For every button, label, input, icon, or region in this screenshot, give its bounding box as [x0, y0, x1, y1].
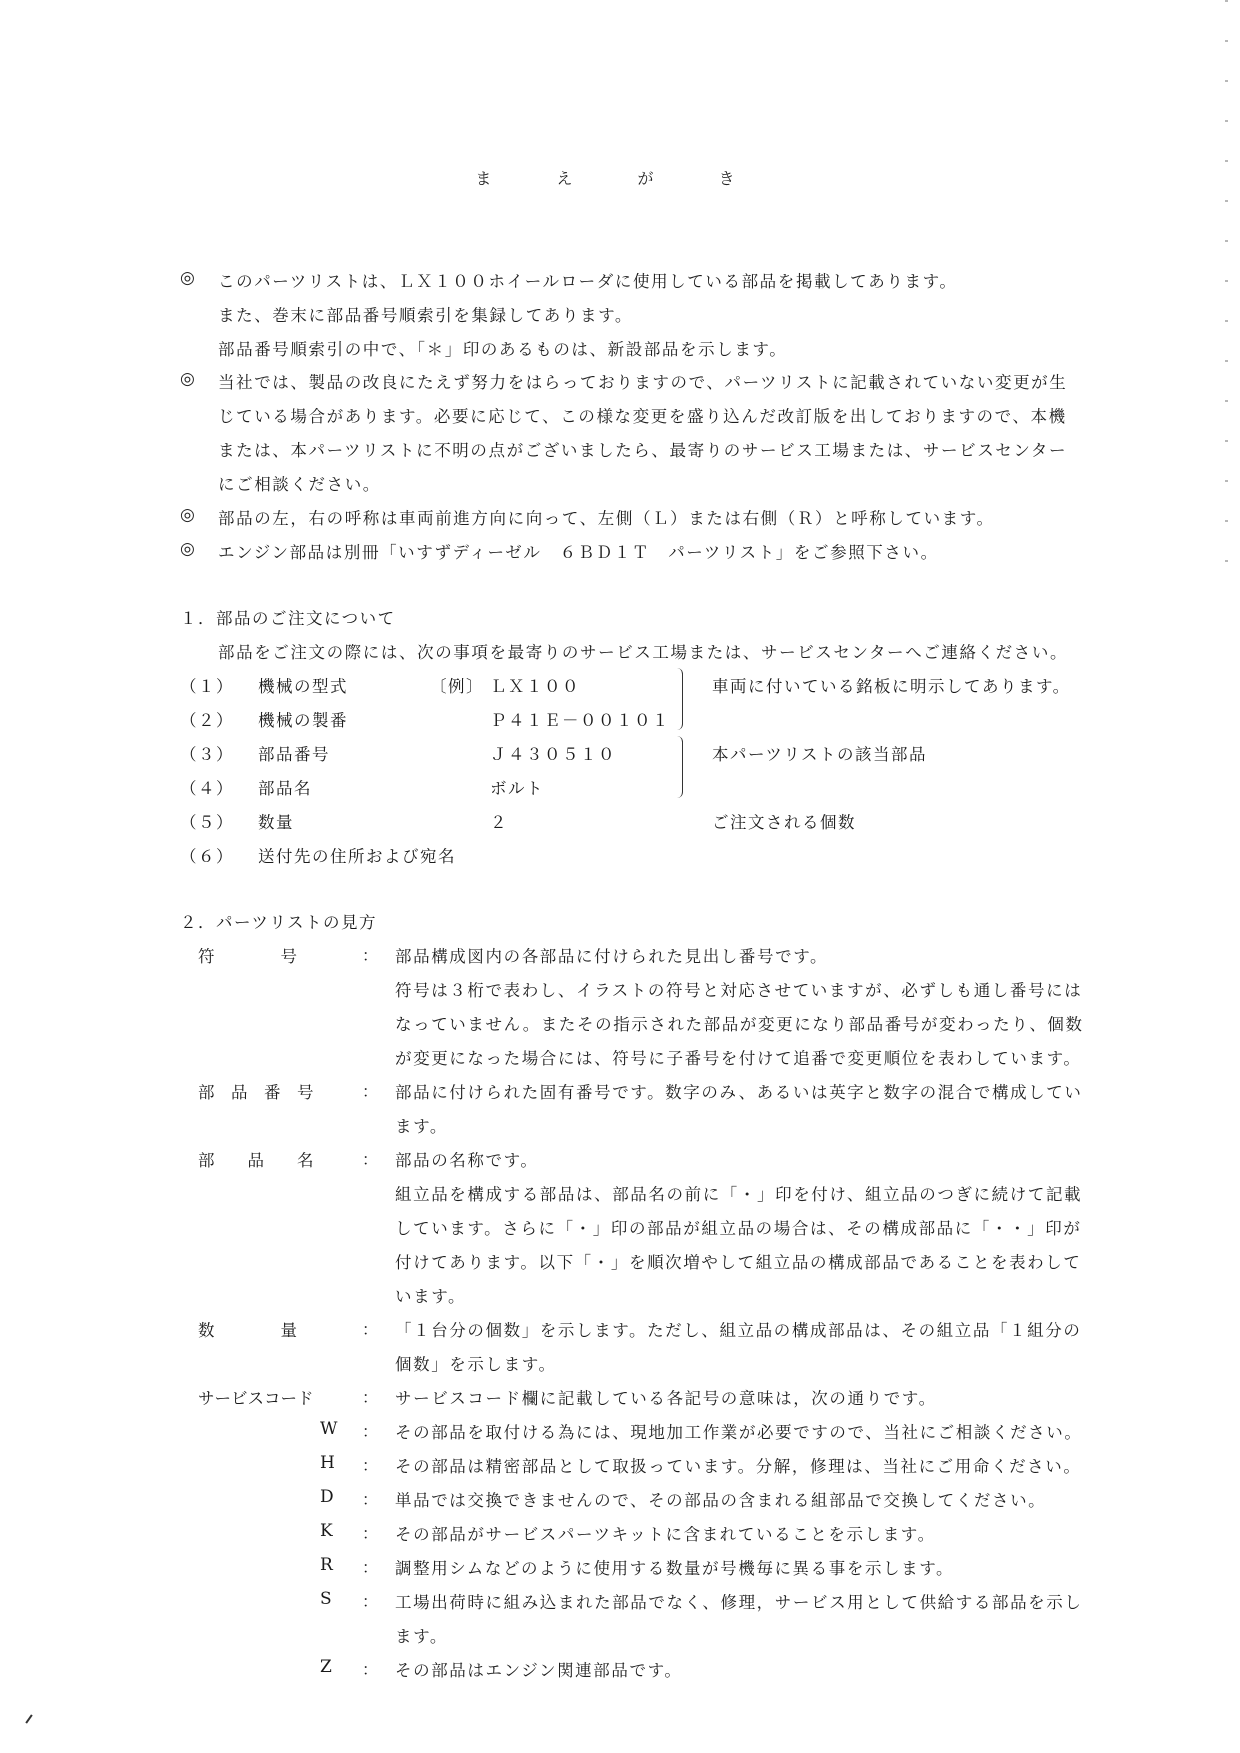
order-row-note: 車両に付いている銘板に明示してあります。 [712, 673, 1071, 697]
term-description: 付けてあります。以下「・」を順次増やして組立品の構成部品であることを表わして [395, 1249, 1081, 1273]
term-separator: ： [362, 1657, 378, 1680]
service-code: H [320, 1453, 335, 1473]
intro-text: 部品の左，右の呼称は車両前進方向に向って、左側（Ｌ）または右側（Ｒ）と呼称してい… [218, 505, 995, 529]
term-description: 組立品を構成する部品は、部品名の前に「・」印を付け、組立品のつぎに続けて記載 [395, 1181, 1082, 1205]
order-row-label: 部品番号 [258, 741, 330, 765]
order-row-label: 部品名 [258, 775, 312, 799]
order-row-num: （６） [180, 843, 234, 867]
service-code-description: その部品がサービスパーツキットに含まれていることを示します。 [395, 1521, 936, 1545]
double-circle-bullet-icon: ◎ [180, 505, 195, 525]
order-row-label: 数量 [258, 809, 294, 833]
scan-mark-artifact [25, 1714, 32, 1723]
term-separator: ： [362, 1079, 378, 1102]
term-description: ます。 [395, 1113, 448, 1137]
section-1-heading: １．部品のご注文について [180, 605, 396, 629]
section-1-lead: 部品をご注文の際には、次の事項を最寄りのサービス工場または、サービスセンターへご… [218, 639, 1068, 663]
intro-text: 部品番号順索引の中で、「＊」印のあるものは、新設部品を示します。 [218, 336, 787, 360]
order-row-note: ご注文される個数 [712, 809, 856, 833]
intro-text: または、本パーツリストに不明の点がございましたら、最寄りのサービス工場または、サ… [218, 437, 1067, 461]
order-row-value: Ｊ４３０５１０ [490, 741, 616, 765]
order-row-num: （５） [180, 809, 234, 833]
page-title: ま え が き [0, 166, 1240, 189]
service-code-description: その部品を取付ける為には、現地加工作業が必要ですので、当社にご相談ください。 [395, 1419, 1082, 1443]
term-label: 部 品 番 号 [198, 1079, 314, 1103]
term-separator: ： [362, 1589, 378, 1612]
service-code: R [320, 1555, 333, 1575]
term-description: 符号は３桁で表わし、イラストの符号と対応させていますが、必ずしも通し番号には [395, 977, 1082, 1001]
order-row-label: 機械の型式 [258, 673, 348, 697]
order-row-value: ２ [490, 809, 508, 833]
service-code: S [320, 1589, 332, 1609]
term-separator: ： [362, 1487, 378, 1510]
term-description: 部品構成図内の各部品に付けられた見出し番号です。 [395, 943, 828, 967]
service-code: Z [320, 1657, 332, 1677]
term-separator: ： [362, 1147, 378, 1170]
order-row-num: （４） [180, 775, 234, 799]
double-circle-bullet-icon: ◎ [180, 539, 195, 559]
term-separator: ： [362, 1521, 378, 1544]
term-separator: ： [362, 1555, 378, 1578]
service-code-description: 調整用シムなどのように使用する数量が号機毎に異る事を示します。 [395, 1555, 954, 1579]
order-row-num: （２） [180, 707, 234, 731]
term-description: 部品の名称です。 [395, 1147, 538, 1171]
intro-text: 当社では、製品の改良にたえず努力をはらっておりますので、パーツリストに記載されて… [218, 369, 1067, 393]
term-separator: ： [362, 1317, 378, 1340]
term-description: 個数」を示します。 [395, 1351, 557, 1375]
term-separator: ： [362, 1419, 378, 1442]
service-code-description: ます。 [395, 1623, 448, 1647]
service-code: W [320, 1419, 337, 1439]
term-label: 数 量 [198, 1317, 297, 1341]
service-code-description: その部品は精密部品として取扱っています。分解，修理は、当社にご用命ください。 [395, 1453, 1081, 1477]
term-description: サービスコード欄に記載している各記号の意味は，次の通りです。 [395, 1385, 937, 1409]
service-code-description: 工場出荷時に組み込まれた部品でなく、修理，サービス用として供給する部品を示し [395, 1589, 1082, 1613]
service-code-description: その部品はエンジン関連部品です。 [395, 1657, 682, 1681]
term-description: 部品に付けられた固有番号です。数字のみ、あるいは英字と数字の混合で構成してい [395, 1079, 1082, 1103]
term-description: しています。さらに「・」印の部品が組立品の場合は、その構成部品に「・・」印が [395, 1215, 1081, 1239]
term-separator: ： [362, 1453, 378, 1476]
document-page: ま え が き ◎ このパーツリストは、ＬＸ１００ホイールローダに使用している部… [0, 0, 1240, 1753]
double-circle-bullet-icon: ◎ [180, 369, 195, 389]
section-2-heading: ２．パーツリストの見方 [180, 909, 377, 933]
intro-text: じている場合があります。必要に応じて、この様な変更を盛り込んだ改訂版を出しており… [218, 403, 1067, 427]
term-description: 「１台分の個数」を示します。ただし、組立品の構成部品は、その組立品「１組分の [395, 1317, 1081, 1341]
order-row-example-prefix: 〔例〕 [430, 673, 484, 697]
intro-text: にご相談ください。 [218, 471, 381, 495]
intro-text: エンジン部品は別冊「いすずディーゼル ６ＢＤ１Ｔ パーツリスト」をご参照下さい。 [218, 539, 939, 563]
order-row-note: 本パーツリストの該当部品 [712, 741, 927, 765]
term-label: サービスコード [198, 1385, 314, 1409]
intro-text: このパーツリストは、ＬＸ１００ホイールローダに使用している部品を掲載してあります… [218, 268, 957, 292]
term-separator: ： [362, 943, 378, 966]
service-code: K [320, 1521, 333, 1541]
intro-text: また、巻末に部品番号順索引を集録してあります。 [218, 302, 633, 326]
service-code: D [320, 1487, 334, 1507]
term-label: 部 品 名 [198, 1147, 314, 1171]
order-row-value: Ｐ４１Ｅ－００１０１ [490, 707, 670, 731]
bracket-divider [676, 668, 683, 730]
double-circle-bullet-icon: ◎ [180, 268, 195, 288]
order-row-num: （１） [180, 673, 234, 697]
bracket-divider [676, 736, 683, 798]
order-row-value: ＬＸ１００ [490, 673, 580, 697]
term-description: が変更になった場合には、符号に子番号を付けて追番で変更順位を表わしています。 [395, 1045, 1081, 1069]
service-code-description: 単品では交換できませんので、その部品の含まれる組部品で交換してください。 [395, 1487, 1046, 1511]
order-row-num: （３） [180, 741, 234, 765]
scan-edge-artifact [1225, 0, 1228, 600]
order-row-value: ボルト [490, 775, 544, 799]
order-row-label: 送付先の住所および宛名 [258, 843, 456, 867]
term-description: います。 [395, 1283, 466, 1307]
term-description: なっていません。またその指示された部品が変更になり部品番号が変わったり、個数 [395, 1011, 1084, 1035]
term-label: 符 号 [198, 943, 297, 967]
term-separator: ： [362, 1385, 378, 1408]
order-row-label: 機械の製番 [258, 707, 348, 731]
